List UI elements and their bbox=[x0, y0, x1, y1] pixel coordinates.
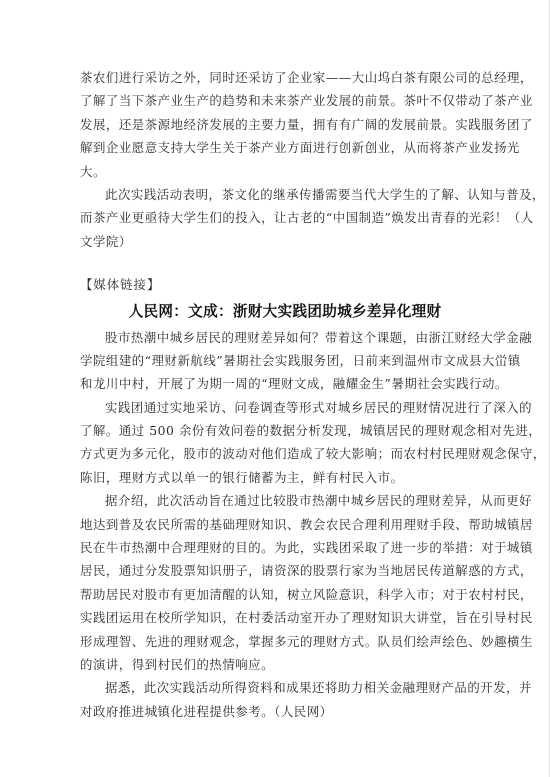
text-line: 地达到普及农民所需的基础理财知识、教会农民合理利用理财手段、帮助城镇居 bbox=[80, 513, 470, 536]
text-line: 居民，通过分发股票知识册子，请资深的股票行家为当地居民传道解惑的方式， bbox=[80, 559, 470, 582]
text-line: 发展，还是茶源地经济发展的主要力量，拥有有广阔的发展前景。实践服务团了 bbox=[80, 113, 470, 136]
text-line: 此次实践活动表明，茶文化的继承传播需要当代大学生的了解、认知与普及， bbox=[80, 183, 470, 206]
text-line: 而茶产业更亟待大学生们的投入，让古老的“中国制造”焕发出青春的光彩！（人 bbox=[80, 206, 470, 229]
text-line: 对政府推进城镇化进程提供参考。（人民网） bbox=[80, 700, 470, 723]
text-line: 实践团运用在校所学知识，在村委活动室开办了理财知识大讲堂，旨在引导村民 bbox=[80, 606, 470, 629]
text-line: 了解了当下茶产业生产的趋势和未来茶产业发展的前景。茶叶不仅带动了茶产业 bbox=[80, 89, 470, 112]
text-line: 和龙川中村，开展了为期一周的“理财文成，融耀金生”暑期社会实践行动。 bbox=[80, 372, 470, 395]
text-line: 实践团通过实地采访、问卷调查等形式对城乡居民的理财情况进行了深入的 bbox=[80, 396, 470, 419]
text-line: 形成理智、先进的理财观念，掌握多元的理财方式。队员们绘声绘色、妙趣横生 bbox=[80, 630, 470, 653]
text-line: 方式更为多元化，股市的波动对他们造成了较大影响；而农村村民理财观念保守， bbox=[80, 442, 470, 465]
text-line: 股市热潮中城乡居民的理财差异如何？带着这个课题，由浙江财经大学金融 bbox=[80, 326, 470, 349]
text-line: 据介绍，此次活动旨在通过比较股市热潮中城乡居民的理财差异，从而更好 bbox=[80, 489, 470, 512]
text-line: 解到企业愿意支持大学生关于茶产业方面进行创新创业，从而将茶产业发扬光 bbox=[80, 136, 470, 159]
text-line: 大。 bbox=[80, 160, 470, 183]
text-line: 陈旧，理财方式以单一的银行储蓄为主，鲜有村民入市。 bbox=[80, 466, 470, 489]
document-body: 茶农们进行采访之外，同时还采访了企业家——大山坞白茶有限公司的总经理， 了解了当… bbox=[80, 66, 470, 723]
paragraph-conclusion: 此次实践活动表明，茶文化的继承传播需要当代大学生的了解、认知与普及， 而茶产业更… bbox=[80, 183, 470, 253]
article-headline: 人民网：文成：浙财大实践团助城乡差异化理财 bbox=[80, 299, 470, 326]
text-line: 据悉，此次实践活动所得资料和成果还将助力相关金融理财产品的开发，并 bbox=[80, 676, 470, 699]
article-paragraph-4: 据悉，此次实践活动所得资料和成果还将助力相关金融理财产品的开发，并 对政府推进城… bbox=[80, 676, 470, 723]
text-line: 学院组建的“理财新航线”暑期社会实践服务团，日前来到温州市文成县大峃镇 bbox=[80, 349, 470, 372]
text-line: 了解。通过 500 余份有效问卷的数据分析发现，城镇居民的理财观念相对先进， bbox=[80, 419, 470, 442]
article-paragraph-3: 据介绍，此次活动旨在通过比较股市热潮中城乡居民的理财差异，从而更好 地达到普及农… bbox=[80, 489, 470, 676]
text-line: 文学院） bbox=[80, 230, 470, 253]
paragraph-tea-industry: 茶农们进行采访之外，同时还采访了企业家——大山坞白茶有限公司的总经理， 了解了当… bbox=[80, 66, 470, 183]
article-paragraph-1: 股市热潮中城乡居民的理财差异如何？带着这个课题，由浙江财经大学金融 学院组建的“… bbox=[80, 326, 470, 396]
text-line: 民在牛市热潮中合理理财的目的。为此，实践团采取了进一步的举措：对于城镇 bbox=[80, 536, 470, 559]
text-line: 茶农们进行采访之外，同时还采访了企业家——大山坞白茶有限公司的总经理， bbox=[80, 66, 470, 89]
text-line: 的演讲，得到村民们的热情响应。 bbox=[80, 653, 470, 676]
article-paragraph-2: 实践团通过实地采访、问卷调查等形式对城乡居民的理财情况进行了深入的 了解。通过 … bbox=[80, 396, 470, 490]
text-line: 帮助居民对股市有更加清醒的认知，树立风险意识，科学入市；对于农村村民， bbox=[80, 583, 470, 606]
media-link-label: 【媒体链接】 bbox=[80, 273, 470, 296]
